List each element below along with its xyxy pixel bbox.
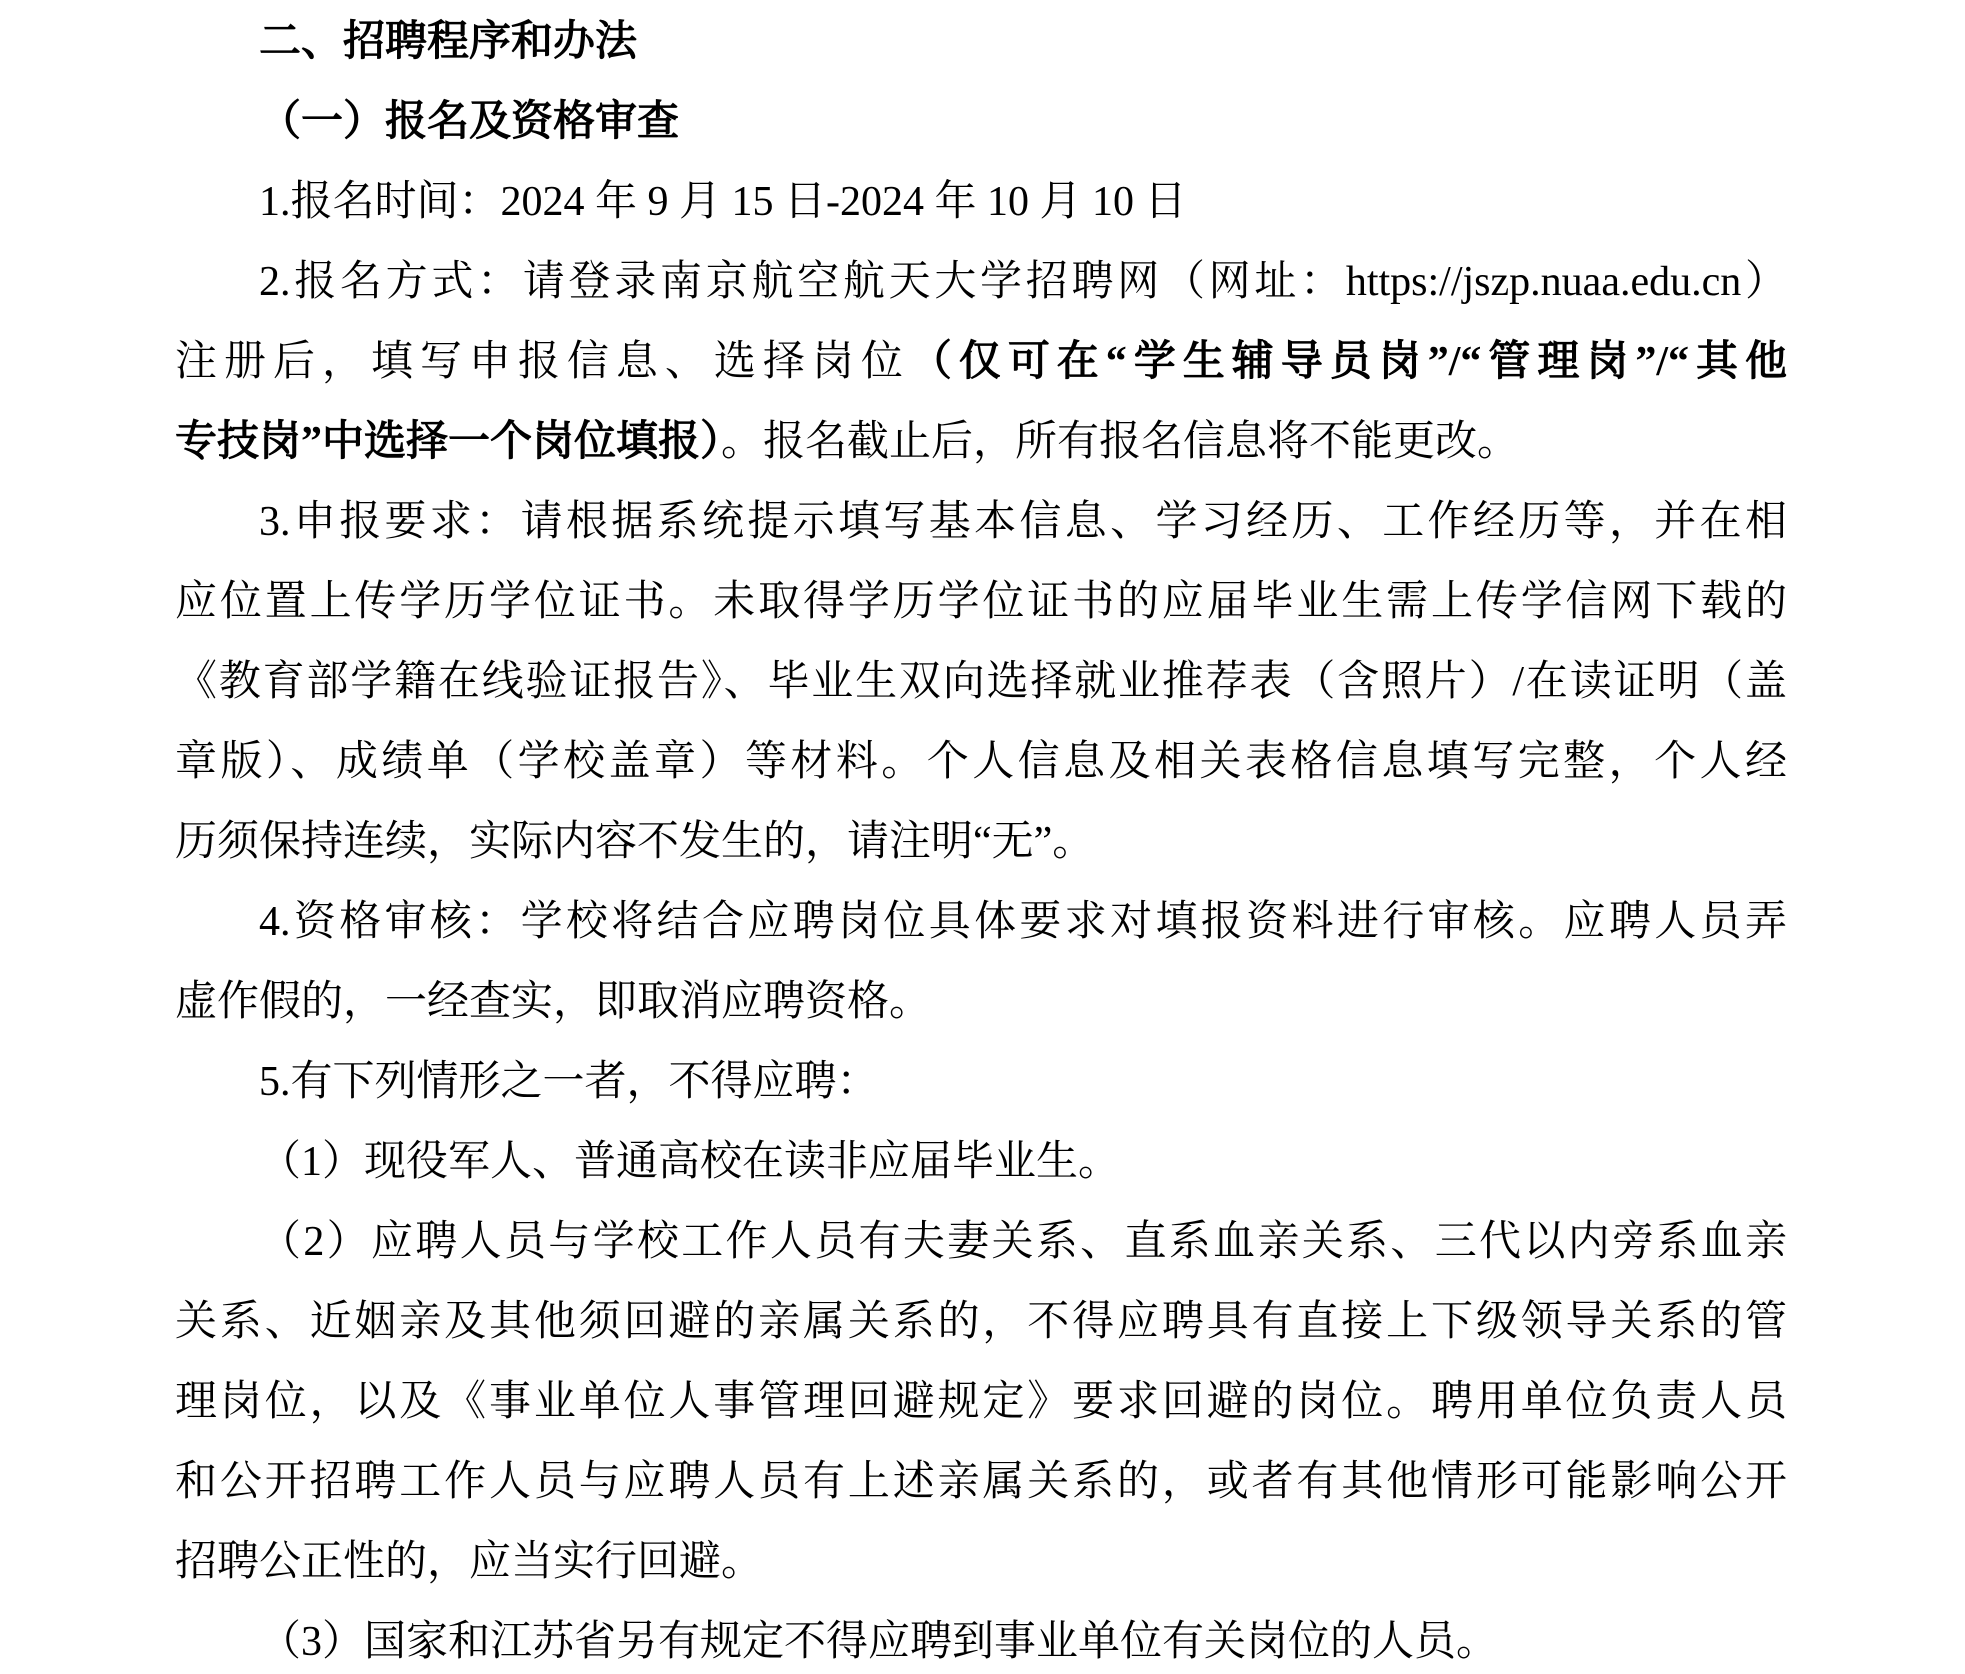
body-text: 5.有下列情形之一者，不得应聘： xyxy=(259,1059,879,1105)
body-text: 1.报名时间：2024 年 9 月 15 日-2024 年 10 月 10 日 xyxy=(259,179,1187,225)
body-text: （3）国家和江苏省另有规定不得应聘到事业单位有关岗位的人员。 xyxy=(259,1619,1498,1665)
emphasis-post-choice-text: 专技岗”中选择一个岗位填报） xyxy=(175,419,721,465)
body-text: 虚作假的，一经查实，即取消应聘资格。 xyxy=(175,979,931,1025)
body-text: 关系、近姻亲及其他须回避的亲属关系的，不得应聘具有直接上下级领导关系的管 xyxy=(175,1299,1787,1345)
recruitment-site-url: https://jszp.nuaa.edu.cn xyxy=(1346,259,1741,305)
para-qualification-review-line1: 4.资格审核：学校将结合应聘岗位具体要求对填报资料进行审核。应聘人员弄 xyxy=(175,882,1787,962)
list-item-disqualification-2-line3: 理岗位，以及《事业单位人事管理回避规定》要求回避的岗位。聘用单位负责人员 xyxy=(175,1362,1787,1442)
para-qualification-review-line2: 虚作假的，一经查实，即取消应聘资格。 xyxy=(175,962,1787,1042)
para-application-requirements-line1: 3.申报要求：请根据系统提示填写基本信息、学习经历、工作经历等，并在相 xyxy=(175,482,1787,562)
body-text: 《教育部学籍在线验证报告》、毕业生双向选择就业推荐表（含照片）/在读证明（盖 xyxy=(175,659,1787,705)
para-registration-method-line1: 2.报名方式：请登录南京航空航天大学招聘网（网址：https://jszp.nu… xyxy=(175,242,1787,322)
body-text: 招聘公正性的，应当实行回避。 xyxy=(175,1539,763,1585)
para-registration-method-line3: 专技岗”中选择一个岗位填报）。报名截止后，所有报名信息将不能更改。 xyxy=(175,402,1787,482)
para-application-requirements-line2: 应位置上传学历学位证书。未取得学历学位证书的应届毕业生需上传学信网下载的 xyxy=(175,562,1787,642)
para-registration-time: 1.报名时间：2024 年 9 月 15 日-2024 年 10 月 10 日 xyxy=(175,162,1787,242)
subsection-heading-registration-review: （一）报名及资格审查 xyxy=(175,82,1787,162)
document-page: 二、招聘程序和办法 （一）报名及资格审查 1.报名时间：2024 年 9 月 1… xyxy=(0,0,1965,1674)
body-text: （2）应聘人员与学校工作人员有夫妻关系、直系血亲关系、三代以内旁系血亲 xyxy=(259,1219,1787,1265)
body-text: 理岗位，以及《事业单位人事管理回避规定》要求回避的岗位。聘用单位负责人员 xyxy=(175,1379,1787,1425)
body-text: 历须保持连续，实际内容不发生的，请注明“无”。 xyxy=(175,819,1094,865)
body-text: 2.报名方式：请登录南京航空航天大学招聘网（网址： xyxy=(259,259,1346,305)
list-item-disqualification-2-line5: 招聘公正性的，应当实行回避。 xyxy=(175,1522,1787,1602)
body-text: 章版）、成绩单（学校盖章）等材料。个人信息及相关表格信息填写完整，个人经 xyxy=(175,739,1787,785)
list-item-disqualification-3: （3）国家和江苏省另有规定不得应聘到事业单位有关岗位的人员。 xyxy=(175,1602,1787,1674)
body-text: 3.申报要求：请根据系统提示填写基本信息、学习经历、工作经历等，并在相 xyxy=(259,499,1787,545)
list-item-disqualification-1: （1）现役军人、普通高校在读非应届毕业生。 xyxy=(175,1122,1787,1202)
para-application-requirements-line4: 章版）、成绩单（学校盖章）等材料。个人信息及相关表格信息填写完整，个人经 xyxy=(175,722,1787,802)
para-application-requirements-line3: 《教育部学籍在线验证报告》、毕业生双向选择就业推荐表（含照片）/在读证明（盖 xyxy=(175,642,1787,722)
heading-text: （一）报名及资格审查 xyxy=(259,99,679,145)
list-item-disqualification-2-line1: （2）应聘人员与学校工作人员有夫妻关系、直系血亲关系、三代以内旁系血亲 xyxy=(175,1202,1787,1282)
body-text: 和公开招聘工作人员与应聘人员有上述亲属关系的，或者有其他情形可能影响公开 xyxy=(175,1459,1787,1505)
para-registration-method-line2: 注册后，填写申报信息、选择岗位（仅可在“学生辅导员岗”/“管理岗”/“其他 xyxy=(175,322,1787,402)
para-application-requirements-line5: 历须保持连续，实际内容不发生的，请注明“无”。 xyxy=(175,802,1787,882)
heading-text: 二、招聘程序和办法 xyxy=(259,19,637,65)
list-item-disqualification-2-line4: 和公开招聘工作人员与应聘人员有上述亲属关系的，或者有其他情形可能影响公开 xyxy=(175,1442,1787,1522)
body-text: 注册后，填写申报信息、选择岗位 xyxy=(175,339,910,385)
body-text: 应位置上传学历学位证书。未取得学历学位证书的应届毕业生需上传学信网下载的 xyxy=(175,579,1787,625)
list-item-disqualification-2-line2: 关系、近姻亲及其他须回避的亲属关系的，不得应聘具有直接上下级领导关系的管 xyxy=(175,1282,1787,1362)
para-disqualification-intro: 5.有下列情形之一者，不得应聘： xyxy=(175,1042,1787,1122)
body-text: 4.资格审核：学校将结合应聘岗位具体要求对填报资料进行审核。应聘人员弄 xyxy=(259,899,1787,945)
body-text: （1）现役军人、普通高校在读非应届毕业生。 xyxy=(259,1139,1120,1185)
body-text: 。报名截止后，所有报名信息将不能更改。 xyxy=(721,419,1519,465)
section-heading-recruitment-procedure: 二、招聘程序和办法 xyxy=(175,2,1787,82)
emphasis-post-choice-text: （仅可在“学生辅导员岗”/“管理岗”/“其他 xyxy=(910,339,1787,385)
body-text: ） xyxy=(1741,259,1787,305)
